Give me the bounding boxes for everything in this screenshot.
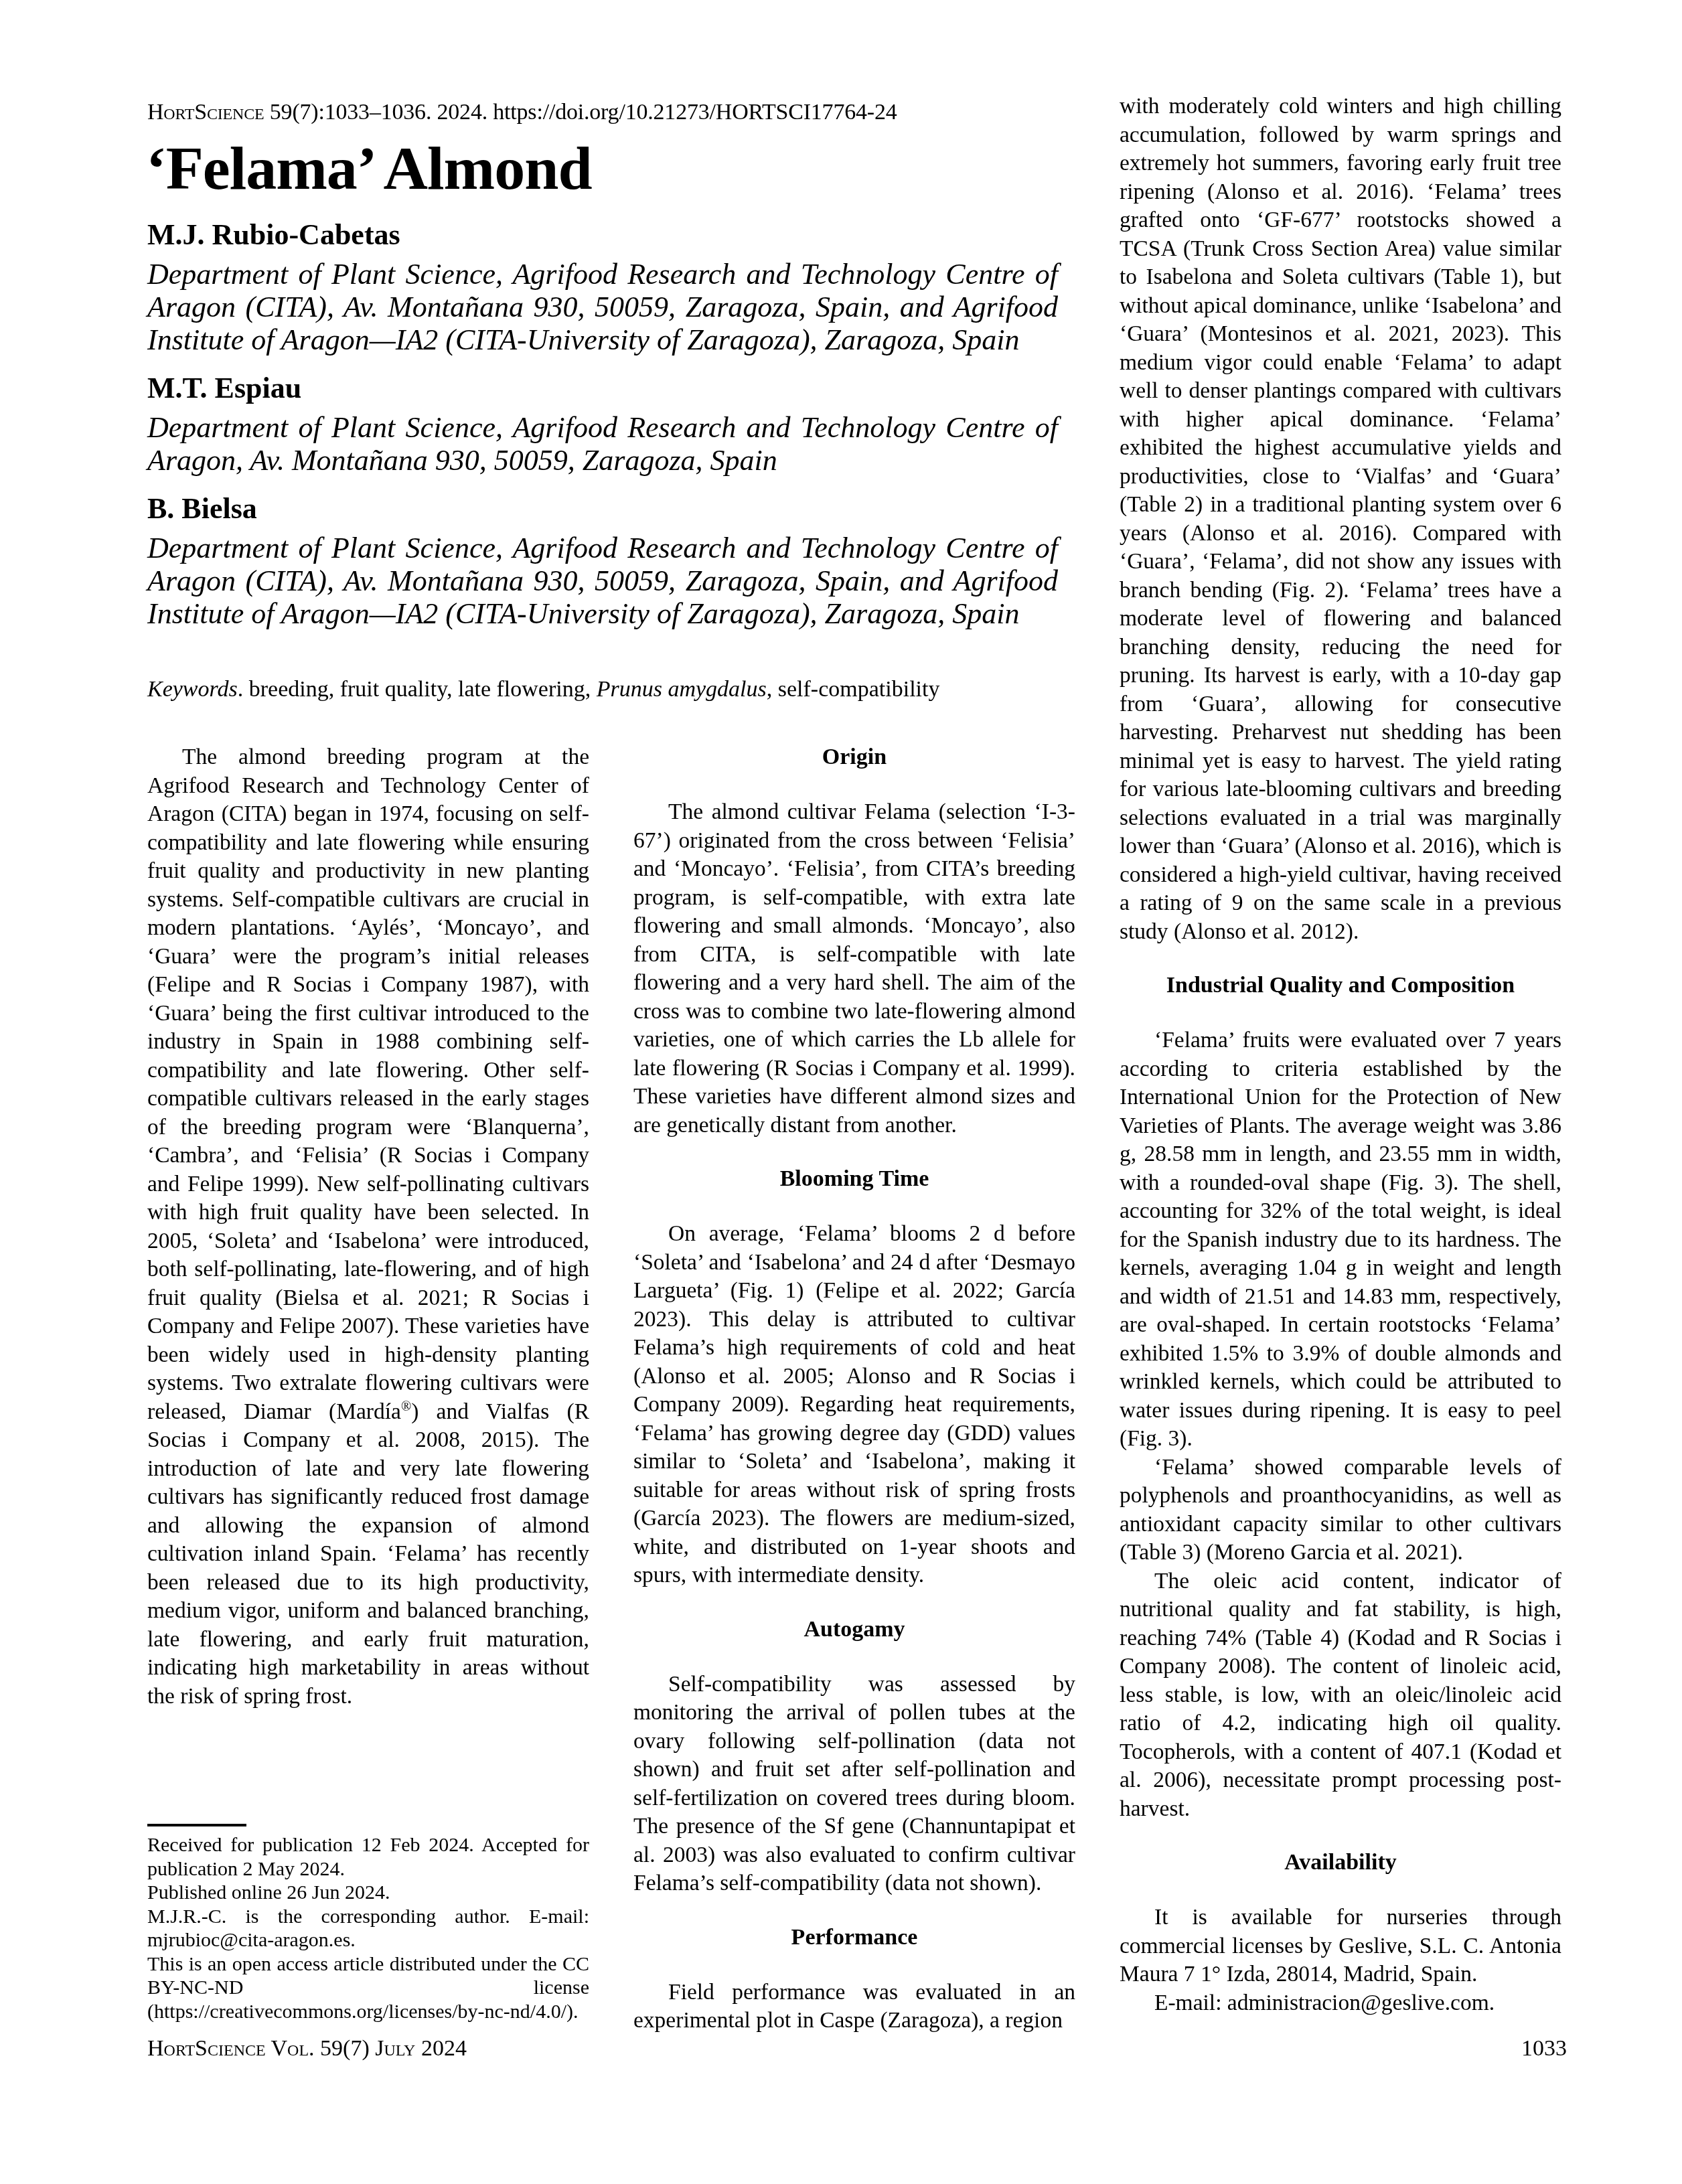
availability-email[interactable]: E-mail: administracion@geslive.com.	[1120, 1989, 1561, 2018]
blooming-paragraph: On average, ‘Felama’ blooms 2 d before ‘…	[633, 1220, 1075, 1590]
footnote-published: Published online 26 Jun 2024.	[147, 1881, 589, 1905]
keywords-line: Keywords. breeding, fruit quality, late …	[147, 676, 1058, 703]
author-block: M.J. Rubio-Cabetas Department of Plant S…	[147, 218, 1058, 645]
keywords-label: Keywords	[147, 677, 238, 702]
keywords-species: Prunus amygdalus	[597, 677, 767, 702]
column-right: with moderately cold winters and high ch…	[1120, 92, 1561, 2017]
author-name: B. Bielsa	[147, 491, 1058, 526]
section-heading-performance: Performance	[633, 1924, 1075, 1952]
intro-text-cont: ) and Vialfas (R Socias i Company et al.…	[147, 1399, 589, 1709]
footnote-received: Received for publication 12 Feb 2024. Ac…	[147, 1833, 589, 1881]
availability-paragraph: It is available for nurseries through co…	[1120, 1903, 1561, 1989]
origin-paragraph: The almond cultivar Felama (selection ‘I…	[633, 798, 1075, 1140]
performance-paragraph-start: Field performance was evaluated in an ex…	[633, 1978, 1075, 2035]
intro-text: The almond breeding program at the Agrif…	[147, 745, 589, 1424]
author-affiliation: Department of Plant Science, Agrifood Re…	[147, 258, 1058, 356]
registered-mark: ®	[401, 1399, 411, 1413]
footnote-corresponding: M.J.R.-C. is the corresponding author. E…	[147, 1905, 589, 1952]
column-left: The almond breeding program at the Agrif…	[147, 743, 589, 1711]
footnote-license: This is an open access article distribut…	[147, 1952, 589, 2024]
running-head: HortScience 59(7):1033–1036. 2024. https…	[147, 99, 897, 126]
footnote-rule	[147, 1824, 246, 1826]
page-number: 1033	[1521, 2035, 1567, 2062]
article-title: ‘Felama’ Almond	[146, 131, 592, 205]
section-heading-origin: Origin	[633, 743, 1075, 771]
section-heading-autogamy: Autogamy	[633, 1616, 1075, 1644]
author-affiliation: Department of Plant Science, Agrifood Re…	[147, 411, 1058, 477]
footnotes: Received for publication 12 Feb 2024. Ac…	[147, 1824, 589, 2023]
performance-paragraph-cont: with moderately cold winters and high ch…	[1120, 92, 1561, 946]
keywords-text-end: , self-compatibility	[767, 677, 940, 702]
industrial-paragraph: ‘Felama’ showed comparable levels of pol…	[1120, 1454, 1561, 1567]
intro-paragraph: The almond breeding program at the Agrif…	[147, 743, 589, 1711]
section-heading-blooming: Blooming Time	[633, 1165, 1075, 1193]
industrial-paragraph: The oleic acid content, indicator of nut…	[1120, 1567, 1561, 1824]
keywords-text: . breeding, fruit quality, late flowerin…	[238, 677, 597, 702]
autogamy-paragraph: Self-compatibility was assessed by monit…	[633, 1670, 1075, 1898]
journal-page: HortScience 59(7):1033–1036. 2024. https…	[0, 0, 1682, 2184]
footer-journal: HortScience Vol. 59(7) July 2024	[147, 2035, 467, 2062]
section-heading-availability: Availability	[1120, 1849, 1561, 1877]
industrial-paragraph: ‘Felama’ fruits were evaluated over 7 ye…	[1120, 1026, 1561, 1454]
column-middle: Origin The almond cultivar Felama (selec…	[633, 743, 1075, 2035]
section-heading-industrial: Industrial Quality and Composition	[1120, 971, 1561, 1000]
author-name: M.T. Espiau	[147, 371, 1058, 406]
citation-doi[interactable]: 59(7):1033–1036. 2024. https://doi.org/1…	[264, 100, 897, 125]
author-affiliation: Department of Plant Science, Agrifood Re…	[147, 532, 1058, 630]
journal-name: HortScience	[147, 100, 264, 125]
author-name: M.J. Rubio-Cabetas	[147, 218, 1058, 252]
